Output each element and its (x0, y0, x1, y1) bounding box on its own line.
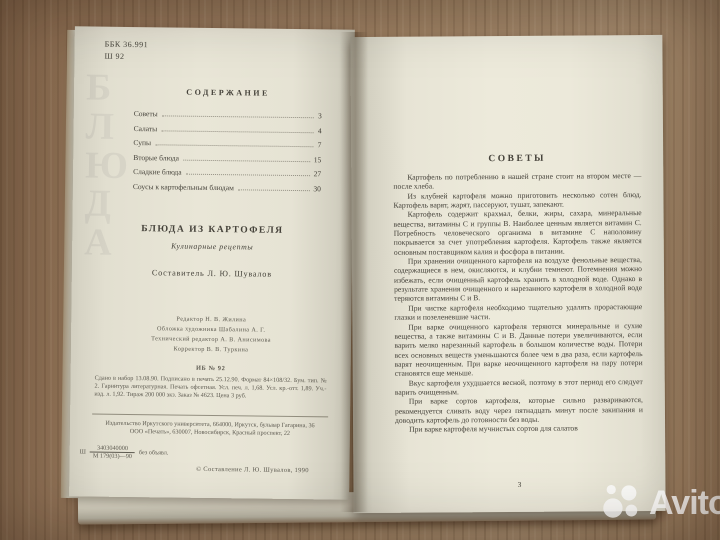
catalog-index: Ш 3403040000 М 179(03)—90 без объявл. (80, 444, 169, 460)
toc-label: Супы (133, 138, 151, 147)
bbk-classification: ББК 36.991 Ш 92 (104, 39, 148, 63)
book-title: БЛЮДА ИЗ КАРТОФЕЛЯ (92, 224, 332, 237)
toc-label: Сладкие блюда (133, 167, 182, 177)
toc-row: Вторые блюда 15 (133, 153, 321, 164)
left-page: БЛЮДА ББК 36.991 Ш 92 СОДЕРЖАНИЕ Советы … (69, 26, 355, 499)
compiler-line: Составитель Л. Ю. Шувалов (92, 268, 332, 280)
toc-page-number: 27 (314, 170, 322, 179)
toc-leader (162, 115, 314, 118)
ib-number: ИБ № 92 (91, 364, 331, 374)
toc-row: Сладкие блюда 27 (133, 167, 321, 178)
contents-title: СОДЕРЖАНИЕ (134, 87, 322, 98)
copyright-line: © Составление Л. Ю. Шувалов, 1990 (149, 465, 355, 475)
toc-leader (161, 130, 314, 133)
paragraph: Из клубней картофеля можно приготовить н… (393, 190, 641, 210)
toc-page-number: 15 (314, 155, 322, 164)
paragraph: При чистке картофеля необходимо тщательн… (394, 302, 642, 322)
catalog-fraction: 3403040000 М 179(03)—90 (90, 445, 135, 461)
bbk-line2: Ш 92 (104, 50, 148, 62)
book-subtitle: Кулинарные рецепты (92, 241, 332, 253)
paragraph: Вкус картофеля ухудшается весной, поэтом… (395, 377, 643, 397)
staff-proofreader: Корректор В. В. Туркина (91, 344, 331, 357)
right-page: СОВЕТЫ Картофель по потреблению в нашей … (350, 35, 665, 513)
chapter-heading: СОВЕТЫ (393, 153, 641, 165)
toc-label: Советы (134, 109, 158, 118)
toc-row: Советы 3 (134, 109, 322, 120)
avito-watermark-label: Avito (649, 486, 720, 520)
toc-row: Супы 7 (133, 138, 321, 149)
paragraph: При варке картофеля мучнистых сортов для… (395, 423, 643, 434)
paragraph: Картофель содержит крахмал, белки, жиры,… (394, 208, 642, 256)
avito-logo-icon (602, 482, 644, 524)
publisher-block: Издательство Иркутского университета, 66… (88, 419, 332, 439)
toc-label: Вторые блюда (133, 153, 179, 163)
toc-leader (238, 189, 310, 191)
toc-page-number: 7 (318, 140, 322, 149)
divider-rule (92, 414, 328, 418)
book-photo: БЛЮДА ББК 36.991 Ш 92 СОДЕРЖАНИЕ Советы … (0, 0, 720, 540)
paragraph: При варке сортов картофеля, которые силь… (395, 395, 643, 425)
table-of-contents: СОДЕРЖАНИЕ Советы 3 Салаты 4 Супы 7 Втор… (133, 87, 322, 199)
avito-watermark: Avito (602, 482, 720, 524)
toc-leader (186, 174, 310, 177)
toc-label: Салаты (134, 124, 158, 133)
toc-page-number: 4 (318, 126, 322, 135)
paragraph: При хранении очищенного картофеля на воз… (394, 255, 642, 303)
chapter-body-text: Картофель по потреблению в нашей стране … (393, 171, 643, 434)
toc-label: Соусы к картофельным блюдам (133, 182, 234, 192)
paragraph: Картофель по потреблению в нашей стране … (393, 171, 641, 191)
toc-row: Салаты 4 (134, 124, 322, 135)
catalog-suffix: без объявл. (139, 449, 169, 456)
paragraph: При варке очищенного картофеля теряются … (394, 321, 642, 379)
toc-row: Соусы к картофельным блюдам 30 (133, 182, 321, 193)
print-imprint: Сдано в набор 13.08.90. Подписано в печа… (94, 375, 326, 402)
editorial-staff: Редактор Н. В. Жилина Обложка художника … (91, 314, 331, 357)
toc-leader (155, 144, 314, 147)
bbk-line1: ББК 36.991 (105, 39, 149, 51)
catalog-denominator: М 179(03)—90 (90, 453, 135, 461)
toc-leader (183, 159, 310, 162)
toc-page-number: 30 (313, 184, 321, 193)
toc-page-number: 3 (318, 111, 322, 120)
catalog-prefix: Ш (80, 448, 86, 455)
